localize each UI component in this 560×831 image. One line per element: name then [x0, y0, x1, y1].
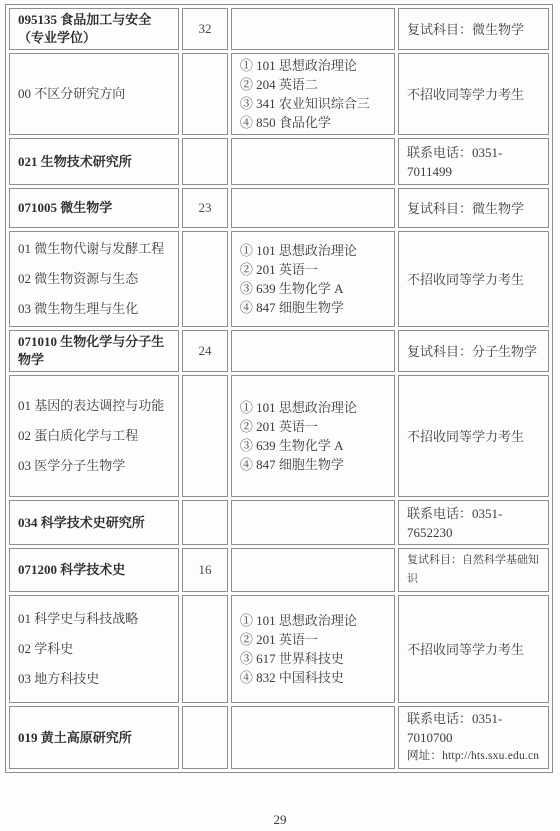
subjects-cell: ① 101 思想政治理论 ② 201 英语一 ③ 639 生物化学 A ④ 84…	[231, 375, 395, 497]
table-row-program-071005: 071005 微生物学 23 复试科目：微生物学	[9, 188, 549, 228]
direction-item: 01 科学史与科技战略	[18, 604, 170, 634]
remark-cell: 复试科目：微生物学	[398, 188, 549, 228]
direction-item: 02 学科史	[18, 634, 170, 664]
website-url-text: 网址：http://hts.sxu.edu.cn	[407, 747, 540, 766]
remark-text: 不招收同等学力考生	[407, 270, 540, 289]
quota-cell-empty	[182, 595, 228, 703]
subjects-cell-empty	[231, 330, 395, 372]
subjects-cell-empty	[231, 188, 395, 228]
table-row-program-071010: 071010 生物化学与分子生物学 24 复试科目：分子生物学	[9, 330, 549, 372]
remark-cell: 不招收同等学力考生	[398, 375, 549, 497]
table-row-directions: 01 科学史与科技战略 02 学科史 03 地方科技史 ① 101 思想政治理论…	[9, 595, 549, 703]
quota-cell-empty	[182, 375, 228, 497]
subjects-cell-empty	[231, 548, 395, 592]
directions-cell: 00 不区分研究方向	[9, 53, 179, 135]
subjects-cell-empty	[231, 706, 395, 769]
table-row-directions: 00 不区分研究方向 ① 101 思想政治理论 ② 204 英语二 ③ 341 …	[9, 53, 549, 135]
direction-item: 03 地方科技史	[18, 664, 170, 694]
direction-item: 02 微生物资源与生态	[18, 264, 170, 294]
exam-subject-item: ④ 847 细胞生物学	[240, 455, 386, 474]
contact-phone-text: 联系电话：0351-7652230	[407, 504, 540, 542]
quota-cell-empty	[182, 706, 228, 769]
exam-subject-item: ① 101 思想政治理论	[240, 56, 386, 75]
exam-subject-item: ① 101 思想政治理论	[240, 241, 386, 260]
directions-cell: 01 科学史与科技战略 02 学科史 03 地方科技史	[9, 595, 179, 703]
quota-value: 23	[182, 188, 228, 228]
exam-subject-item: ② 201 英语一	[240, 630, 386, 649]
subjects-cell-empty	[231, 8, 395, 50]
remark-cell: 不招收同等学力考生	[398, 231, 549, 327]
exam-subject-item: ① 101 思想政治理论	[240, 611, 386, 630]
exam-subject-item: ② 201 英语一	[240, 260, 386, 279]
subjects-cell: ① 101 思想政治理论 ② 201 英语一 ③ 639 生物化学 A ④ 84…	[231, 231, 395, 327]
institute-name: 034 科学技术史研究所	[9, 500, 179, 545]
table-row-directions: 01 微生物代谢与发酵工程 02 微生物资源与生态 03 微生物生理与生化 ① …	[9, 231, 549, 327]
remark-cell: 不招收同等学力考生	[398, 595, 549, 703]
remark-text: 不招收同等学力考生	[407, 85, 540, 104]
institute-name: 019 黄土高原研究所	[9, 706, 179, 769]
retest-subject-text: 复试科目：微生物学	[407, 20, 540, 39]
quota-cell-empty	[182, 500, 228, 545]
table-row-program-071200: 071200 科学技术史 16 复试科目：自然科学基础知识	[9, 548, 549, 592]
exam-subject-item: ② 201 英语一	[240, 417, 386, 436]
subjects-cell: ① 101 思想政治理论 ② 201 英语一 ③ 617 世界科技史 ④ 832…	[231, 595, 395, 703]
program-name: 071010 生物化学与分子生物学	[9, 330, 179, 372]
quota-cell-empty	[182, 231, 228, 327]
exam-subject-item: ③ 639 生物化学 A	[240, 279, 386, 298]
exam-subject-item: ③ 639 生物化学 A	[240, 436, 386, 455]
exam-subject-item: ④ 850 食品化学	[240, 113, 386, 132]
admissions-table: 095135 食品加工与安全（专业学位） 32 复试科目：微生物学 00 不区分…	[5, 4, 553, 773]
subjects-cell-empty	[231, 138, 395, 185]
direction-item: 03 医学分子生物学	[18, 451, 170, 481]
subjects-cell: ① 101 思想政治理论 ② 204 英语二 ③ 341 农业知识综合三 ④ 8…	[231, 53, 395, 135]
quota-value: 16	[182, 548, 228, 592]
program-name: 071005 微生物学	[9, 188, 179, 228]
institute-name: 021 生物技术研究所	[9, 138, 179, 185]
table-row-institute-019: 019 黄土高原研究所 联系电话：0351-7010700 网址：http://…	[9, 706, 549, 769]
contact-phone-text: 联系电话：0351-7011499	[407, 143, 540, 181]
page-number: 29	[0, 812, 560, 828]
exam-subject-item: ④ 847 细胞生物学	[240, 298, 386, 317]
table-row-directions: 01 基因的表达调控与功能 02 蛋白质化学与工程 03 医学分子生物学 ① 1…	[9, 375, 549, 497]
remark-text: 不招收同等学力考生	[407, 640, 540, 659]
quota-value: 24	[182, 330, 228, 372]
remark-cell: 联系电话：0351-7011499	[398, 138, 549, 185]
program-name: 095135 食品加工与安全（专业学位）	[9, 8, 179, 50]
contact-phone-text: 联系电话：0351-7010700	[407, 709, 540, 747]
table-row-institute-021: 021 生物技术研究所 联系电话：0351-7011499	[9, 138, 549, 185]
quota-cell-empty	[182, 138, 228, 185]
direction-item: 03 微生物生理与生化	[18, 294, 170, 324]
remark-cell: 联系电话：0351-7652230	[398, 500, 549, 545]
exam-subject-item: ③ 617 世界科技史	[240, 649, 386, 668]
remark-cell: 复试科目：微生物学	[398, 8, 549, 50]
direction-item: 00 不区分研究方向	[18, 79, 170, 109]
retest-subject-text: 复试科目：自然科学基础知识	[407, 551, 540, 589]
remark-cell: 复试科目：分子生物学	[398, 330, 549, 372]
quota-cell-empty	[182, 53, 228, 135]
directions-cell: 01 微生物代谢与发酵工程 02 微生物资源与生态 03 微生物生理与生化	[9, 231, 179, 327]
exam-subject-item: ③ 341 农业知识综合三	[240, 94, 386, 113]
retest-subject-text: 复试科目：微生物学	[407, 199, 540, 218]
table-row-institute-034: 034 科学技术史研究所 联系电话：0351-7652230	[9, 500, 549, 545]
remark-cell: 不招收同等学力考生	[398, 53, 549, 135]
exam-subject-item: ① 101 思想政治理论	[240, 398, 386, 417]
subjects-cell-empty	[231, 500, 395, 545]
remark-cell: 复试科目：自然科学基础知识	[398, 548, 549, 592]
direction-item: 01 微生物代谢与发酵工程	[18, 234, 170, 264]
retest-subject-text: 复试科目：分子生物学	[407, 342, 540, 361]
remark-cell: 联系电话：0351-7010700 网址：http://hts.sxu.edu.…	[398, 706, 549, 769]
quota-value: 32	[182, 8, 228, 50]
remark-text: 不招收同等学力考生	[407, 427, 540, 446]
program-name: 071200 科学技术史	[9, 548, 179, 592]
table-row-program-095135: 095135 食品加工与安全（专业学位） 32 复试科目：微生物学	[9, 8, 549, 50]
direction-item: 02 蛋白质化学与工程	[18, 421, 170, 451]
exam-subject-item: ② 204 英语二	[240, 75, 386, 94]
directions-cell: 01 基因的表达调控与功能 02 蛋白质化学与工程 03 医学分子生物学	[9, 375, 179, 497]
direction-item: 01 基因的表达调控与功能	[18, 391, 170, 421]
exam-subject-item: ④ 832 中国科技史	[240, 668, 386, 687]
